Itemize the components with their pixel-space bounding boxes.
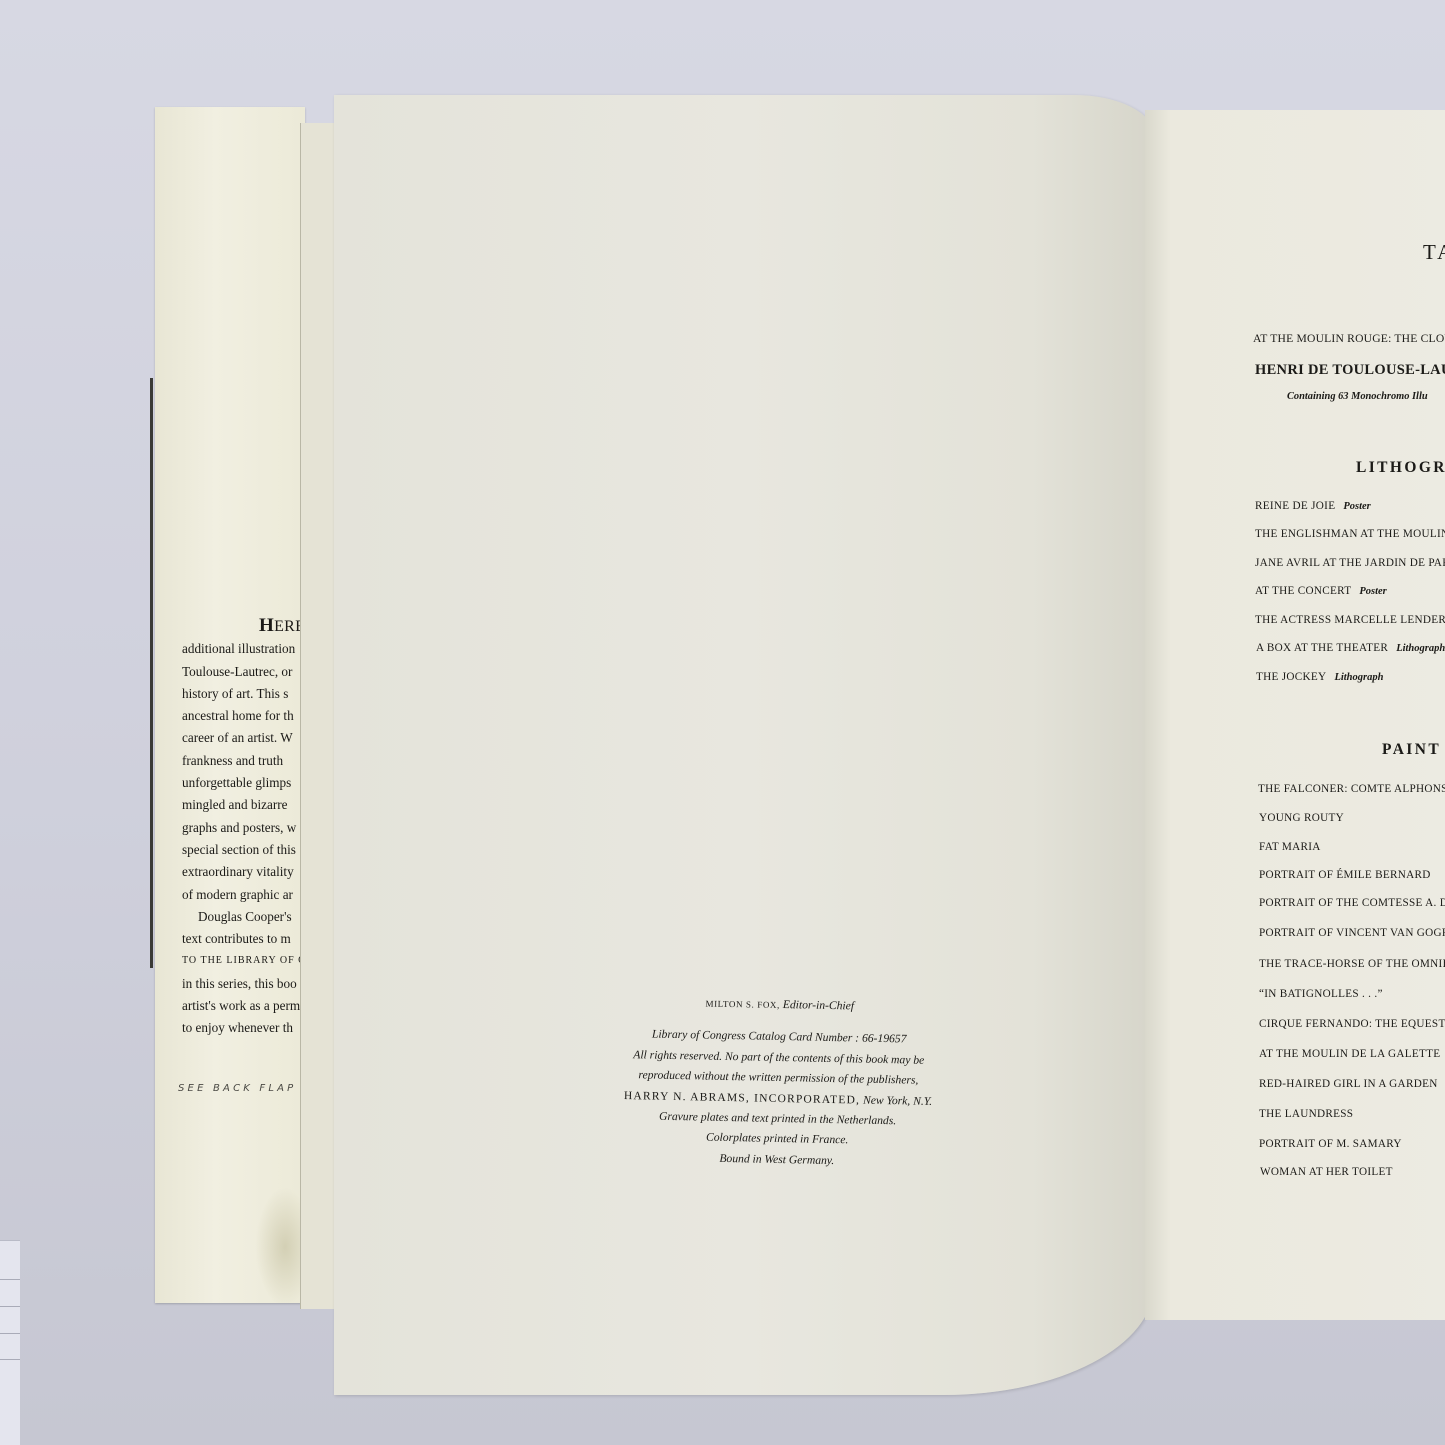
copyright-page bbox=[334, 95, 1154, 1395]
toc-item: CIRQUE FERNANDO: THE EQUESTRIEN bbox=[1259, 1018, 1445, 1030]
toc-item: THE JOCKEYLithograph bbox=[1256, 671, 1383, 683]
toc-item: THE TRACE-HORSE OF THE OMNIBUS bbox=[1259, 958, 1445, 970]
toc-item: THE ACTRESS MARCELLE LENDERL bbox=[1255, 614, 1445, 626]
toc-item: THE FALCONER: COMTE ALPHONSE DE bbox=[1258, 783, 1445, 795]
toc-item: PORTRAIT OF THE COMTESSE A. DE T bbox=[1259, 897, 1445, 909]
toc-item: THE ENGLISHMAN AT THE MOULIN RO bbox=[1255, 528, 1445, 540]
toc-item: WOMAN AT HER TOILET bbox=[1260, 1166, 1393, 1178]
artist-entry: HENRI DE TOULOUSE-LAUT bbox=[1255, 362, 1445, 379]
water-stain bbox=[255, 1187, 305, 1303]
paintings-heading: PAINT bbox=[1382, 741, 1441, 759]
contains-note: Containing 63 Monochromo Illu bbox=[1287, 391, 1428, 402]
toc-item: FAT MARIA bbox=[1259, 841, 1321, 853]
toc-item: THE LAUNDRESS bbox=[1259, 1108, 1353, 1120]
toc-item: RED-HAIRED GIRL IN A GARDEN bbox=[1259, 1078, 1438, 1090]
toc-item: PORTRAIT OF VINCENT VAN GOGH bbox=[1259, 927, 1445, 939]
toc-item: AT THE MOULIN DE LA GALETTE bbox=[1259, 1048, 1440, 1060]
toc-item: PORTRAIT OF M. SAMARY bbox=[1259, 1138, 1402, 1150]
toc-item: JANE AVRIL AT THE JARDIN DE PARIS bbox=[1255, 557, 1445, 569]
toc-item: YOUNG ROUTY bbox=[1259, 812, 1344, 824]
toc-item: REINE DE JOIEPoster bbox=[1255, 500, 1371, 512]
jacket-edge-strip bbox=[150, 378, 153, 968]
toc-item: A BOX AT THE THEATERLithograph bbox=[1256, 642, 1445, 654]
background-notepad bbox=[0, 1240, 20, 1445]
colophon: MILTON S. FOX, Editor-in-Chief Library o… bbox=[597, 992, 960, 1174]
toc-title: TA bbox=[1423, 240, 1445, 265]
toc-item: PORTRAIT OF ÉMILE BERNARD bbox=[1259, 869, 1431, 881]
lithographs-heading: LITHOGR bbox=[1356, 459, 1445, 477]
toc-item: “IN BATIGNOLLES . . .” bbox=[1259, 988, 1383, 1000]
frontispiece-entry: AT THE MOULIN ROUGE: THE CLOWN bbox=[1253, 332, 1445, 345]
toc-item: AT THE CONCERTPoster bbox=[1255, 585, 1387, 597]
